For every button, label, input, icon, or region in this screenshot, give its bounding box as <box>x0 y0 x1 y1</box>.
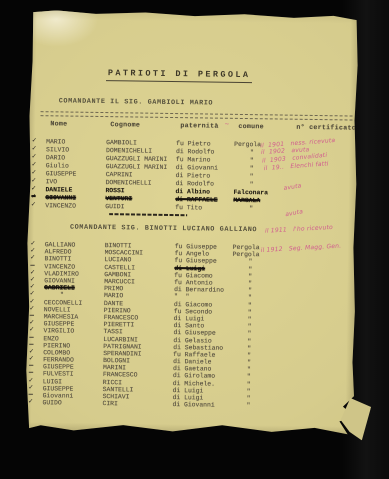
row-certificato <box>288 406 328 407</box>
row-nome: DANIELE <box>45 186 105 194</box>
section1-heading: COMANDANTE IL SIG. GAMBIOLI MARIO <box>59 97 214 107</box>
row-comune: " <box>234 173 292 181</box>
row-paternita: di Rodolfo <box>176 148 234 156</box>
row-certificato <box>289 378 329 379</box>
row-mark-icon: ✓ <box>28 399 42 406</box>
row-certificato <box>289 370 329 371</box>
row-comune: " <box>230 402 288 410</box>
row-nome: GIOVANNI <box>45 194 105 202</box>
row-mark-icon: ✓ <box>32 138 46 145</box>
row-certificato <box>290 299 330 300</box>
row-mark-icon: ✓ <box>32 154 46 161</box>
row-paternita: di Pietro <box>176 172 234 180</box>
row-cognome: GAMBIOLI <box>106 139 176 147</box>
row-certificato <box>289 349 329 350</box>
row-cognome: VENTURI <box>105 195 175 203</box>
row-certificato <box>290 320 330 321</box>
row-nome: SILVIO <box>46 146 106 154</box>
row-comune: " <box>233 205 291 213</box>
row-nome: GIUSEPPE <box>46 170 106 178</box>
page-title-text: PATRIOTI DI PERGOLA <box>106 68 253 83</box>
column-header-certificato: n° certificato <box>296 124 336 132</box>
row-certificato <box>290 327 330 328</box>
row-nome: VINCENZO <box>45 203 105 211</box>
document-page: PATRIOTI DI PERGOLA COMANDANTE IL SIG. G… <box>24 10 360 439</box>
row-paternita: fu Tito <box>175 204 233 212</box>
row-nome: MARIO <box>46 138 106 146</box>
handwritten-annotation: ~ <box>224 121 229 128</box>
section2-heading: COMANDANTE SIG. BINOTTI LUCIANO GALLIANO <box>70 224 257 235</box>
column-header-comune: comune <box>238 123 296 131</box>
row-paternita: di Giovanni <box>172 401 230 409</box>
row-paternita: di RAFFAELE <box>175 196 233 204</box>
row-certificato <box>289 392 329 393</box>
row-certificato <box>289 399 329 400</box>
row-certificato <box>289 334 329 335</box>
row-cognome: GUIDI <box>105 203 175 211</box>
row-cognome: CIRI <box>102 400 172 408</box>
row-certificato <box>289 363 329 364</box>
row-cognome: DOMENICHELLI <box>106 147 176 155</box>
row-paternita: di Albino <box>175 188 233 196</box>
table1-end-rule <box>109 213 187 216</box>
row-mark-icon: ✓ <box>32 162 46 169</box>
row-certificato <box>289 342 329 343</box>
row-mark-icon: ✓ <box>31 202 45 209</box>
column-header-nome: Nome <box>50 120 110 128</box>
patriots-table-2: ✓ GALLIANO BINOTTI fu Giuseppe Pergola ✓… <box>28 241 352 411</box>
row-cognome: GUAZZUGLI MARINI <box>106 155 176 163</box>
row-certificato <box>290 277 330 278</box>
row-nome: IVO <box>46 178 106 186</box>
row-certificato <box>290 270 330 271</box>
row-cognome: CAPRINI <box>106 171 176 179</box>
row-comune: MARSALA <box>233 197 291 205</box>
row-nome: Giulio <box>46 162 106 170</box>
row-paternita: di Giovanni <box>176 164 234 172</box>
row-cognome: DOMENICHELLI <box>106 179 176 187</box>
row-mark-icon: ✓ <box>32 170 46 177</box>
row-mark-icon: ✓ <box>32 146 46 153</box>
column-header-paternita: paternità <box>180 122 238 130</box>
row-paternita: di Rodolfo <box>176 180 234 188</box>
row-nome: GUIDO <box>42 399 102 407</box>
row-certificato <box>291 201 331 202</box>
row-comune: Falconara <box>233 189 291 197</box>
row-certificato <box>290 306 330 307</box>
column-headers: Nome Cognome paternità comune n° certifi… <box>36 120 352 131</box>
row-nome: DARIO <box>46 154 106 162</box>
row-certificato <box>291 255 331 256</box>
row-certificato <box>290 284 330 285</box>
page-title: PATRIOTI DI PERGOLA <box>29 67 329 81</box>
row-certificato <box>290 291 330 292</box>
row-cognome: ROSSI <box>105 187 175 195</box>
row-certificato <box>290 313 330 314</box>
row-paternita: fu Marino <box>176 156 234 164</box>
handwritten-annotations-layer: il 1901 ness. ricevutail 1902 avutail 19… <box>30 10 360 15</box>
handwritten-annotation: avuta <box>285 208 304 218</box>
row-certificato <box>289 356 329 357</box>
photo-background: PATRIOTI DI PERGOLA COMANDANTE IL SIG. G… <box>0 0 389 479</box>
ruled-line <box>41 111 353 120</box>
row-certificato <box>290 263 330 264</box>
row-certificato <box>291 193 331 194</box>
row-certificato <box>292 177 332 178</box>
row-certificato <box>289 385 329 386</box>
handwritten-annotation: il 1911 l'ho ricevuto <box>265 224 333 235</box>
row-cognome: GUAZZUGLI MARINI <box>106 163 176 171</box>
column-header-cognome: Cognome <box>110 121 180 129</box>
row-paternita: fu Pietro <box>176 140 234 148</box>
